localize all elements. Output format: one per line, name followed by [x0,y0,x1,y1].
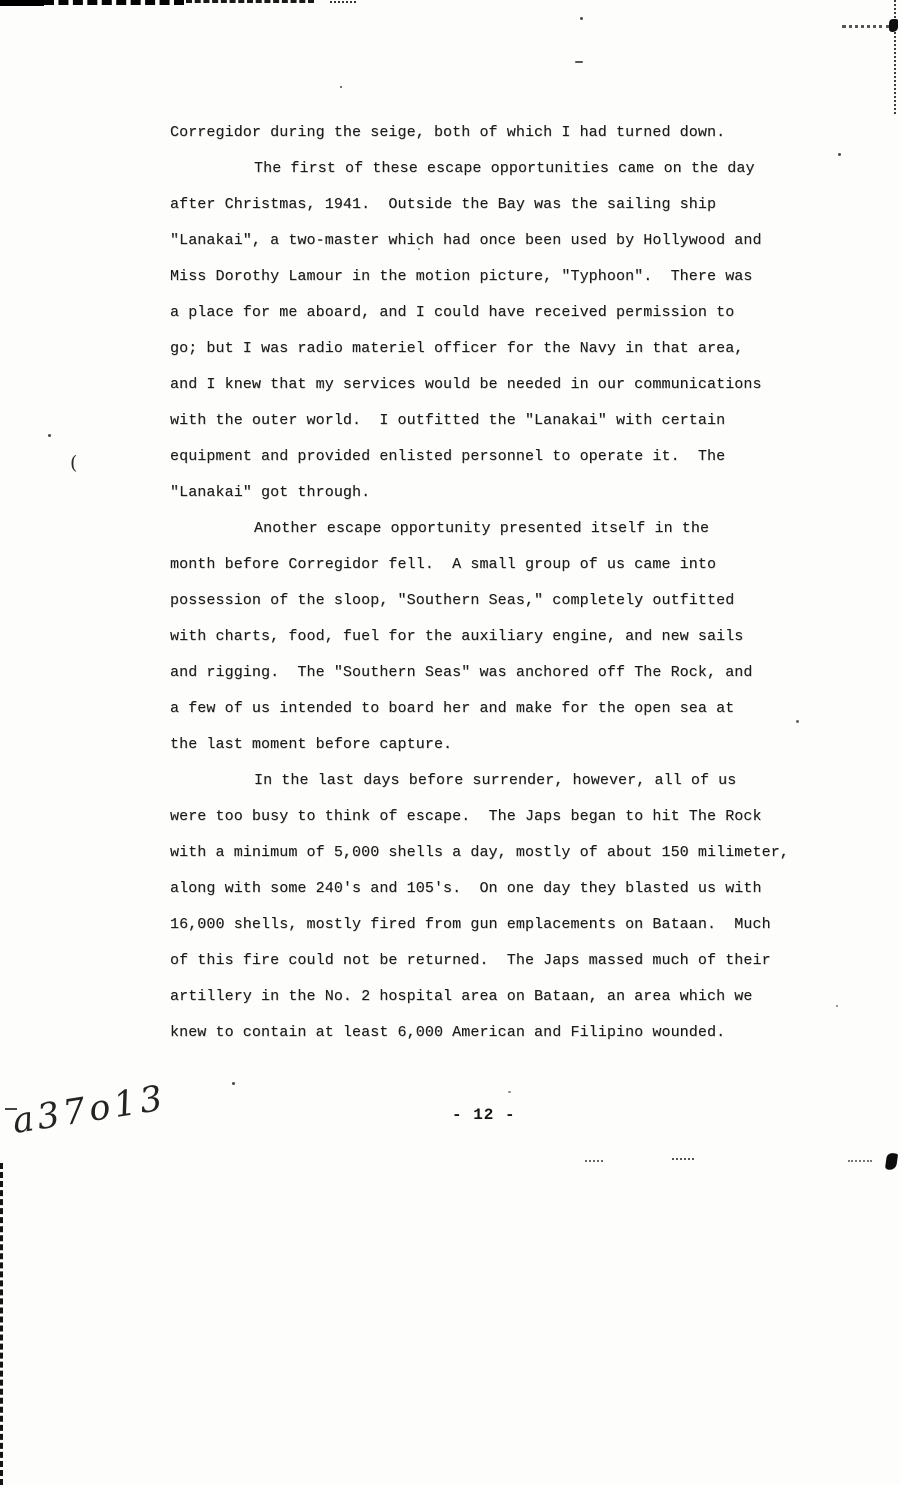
text-line: with the outer world. I outfitted the "L… [170,403,850,439]
text-line: go; but I was radio materiel officer for… [170,331,850,367]
text-line: the last moment before capture. [170,727,850,763]
text-line: Corregidor during the seige, both of whi… [170,115,850,151]
scan-artifact-bottom-right-blob [885,1152,898,1170]
scan-speck [575,61,583,63]
scan-speck [580,17,583,20]
scanned-document-page: ( Corregidor during the seige, both of w… [0,0,900,1485]
scan-artifact-top-bar-dashes [44,0,184,5]
scan-artifact-right-edge-line [894,0,896,114]
text-line: along with some 240's and 105's. On one … [170,871,850,907]
text-line: "Lanakai" got through. [170,475,850,511]
scan-artifact-top-right-smudge [842,25,890,28]
text-line: with charts, food, fuel for the auxiliar… [170,619,850,655]
text-line: "Lanakai", a two-master which had once b… [170,223,850,259]
text-line: and rigging. The "Southern Seas" was anc… [170,655,850,691]
scan-speck [48,434,51,437]
text-line: of this fire could not be returned. The … [170,943,850,979]
text-line: and I knew that my services would be nee… [170,367,850,403]
scan-artifact-footer-dots [585,1160,603,1162]
text-line: Miss Dorothy Lamour in the motion pictur… [170,259,850,295]
scan-artifact-top-bar-solid [0,0,44,6]
text-line: In the last days before surrender, howev… [170,763,850,799]
margin-mark: ( [70,452,77,474]
scan-artifact-bottom-right-dots [848,1160,872,1162]
text-line: month before Corregidor fell. A small gr… [170,547,850,583]
text-line: artillery in the No. 2 hospital area on … [170,979,850,1015]
scan-artifact-footer-dots2 [672,1158,694,1160]
scan-speck [340,86,342,88]
typewritten-text-block: Corregidor during the seige, both of whi… [170,115,850,1051]
text-line: The first of these escape opportunities … [170,151,850,187]
text-line: Another escape opportunity presented its… [170,511,850,547]
scan-artifact-top-bar-dots [330,1,356,3]
scan-artifact-top-bar-dashes2 [186,0,314,3]
text-line: equipment and provided enlisted personne… [170,439,850,475]
text-line: knew to contain at least 6,000 American … [170,1015,850,1051]
scan-speck [508,1091,511,1093]
scan-artifact-top-right-blob [889,19,898,32]
handwritten-annotation: a37o13 [10,1078,169,1142]
text-line: with a minimum of 5,000 shells a day, mo… [170,835,850,871]
text-line: 16,000 shells, mostly fired from gun emp… [170,907,850,943]
text-line: after Christmas, 1941. Outside the Bay w… [170,187,850,223]
scan-speck [232,1082,235,1085]
text-line: a place for me aboard, and I could have … [170,295,850,331]
page-number: - 12 - [452,1106,516,1124]
text-line: possession of the sloop, "Southern Seas,… [170,583,850,619]
text-line: were too busy to think of escape. The Ja… [170,799,850,835]
text-line: a few of us intended to board her and ma… [170,691,850,727]
scan-artifact-left-edge-line [0,1163,3,1485]
